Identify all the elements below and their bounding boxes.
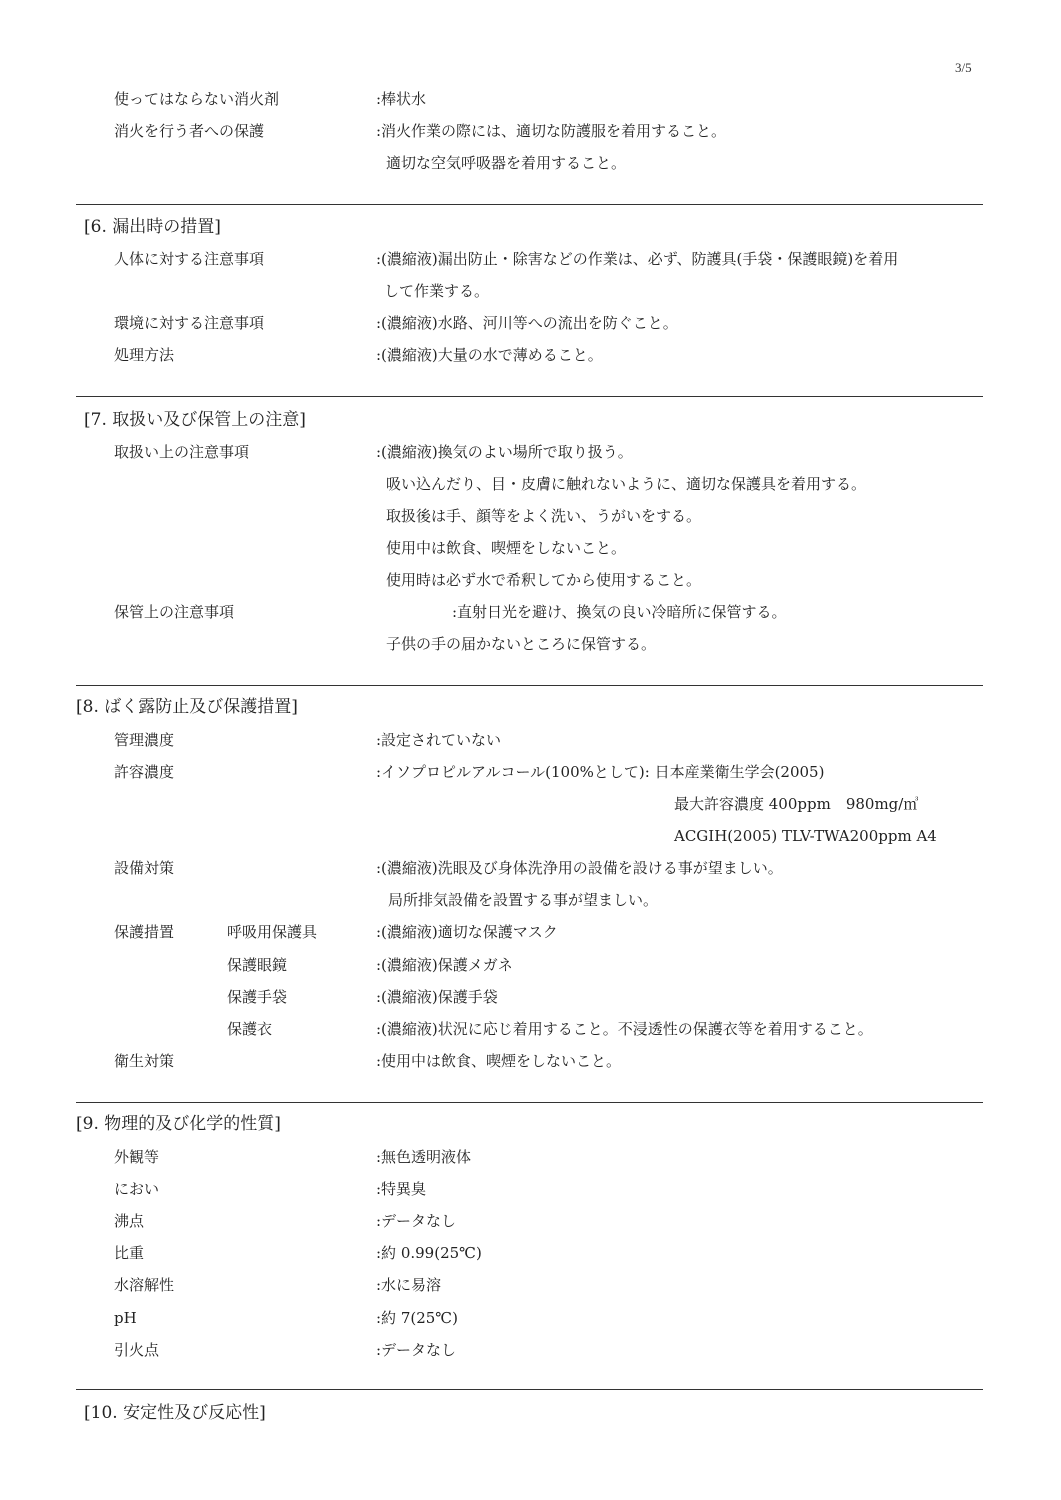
value-handling-precautions: :(濃縮液)換気のよい場所で取り扱う。: [376, 442, 633, 462]
section-6-title: [6. 漏出時の措置]: [84, 217, 221, 237]
label-water-solubility: 水溶解性: [114, 1275, 174, 1295]
value-hand-protection: :(濃縮液)保護手袋: [376, 987, 498, 1007]
section-8-title: [8. ばく露防止及び保護措置]: [76, 697, 298, 717]
section-divider: [76, 204, 983, 205]
value-boiling-point: :データなし: [376, 1211, 456, 1231]
label-prohibited-extinguisher: 使ってはならない消火剤: [114, 89, 279, 109]
label-ph: pH: [114, 1308, 137, 1328]
value-eye-protection: :(濃縮液)保護メガネ: [376, 955, 513, 975]
label-appearance: 外観等: [114, 1147, 159, 1167]
value-handling-cont-3: 使用中は飲食、喫煙をしないこと。: [386, 538, 626, 558]
value-appearance: :無色透明液体: [376, 1147, 471, 1167]
value-control-concentration: :設定されていない: [376, 730, 501, 750]
label-odor: におい: [114, 1179, 159, 1199]
value-storage-cont: 子供の手の届かないところに保管する。: [386, 634, 656, 654]
label-storage-precautions: 保管上の注意事項: [114, 602, 234, 622]
label-hygiene-measures: 衛生対策: [114, 1051, 174, 1071]
section-9-title: [9. 物理的及び化学的性質]: [76, 1114, 281, 1134]
label-specific-gravity: 比重: [114, 1243, 144, 1263]
value-handling-cont-2: 取扱後は手、顔等をよく洗い、うがいをする。: [386, 506, 701, 526]
label-control-concentration: 管理濃度: [114, 730, 174, 750]
value-handling-cont-4: 使用時は必ず水で希釈してから使用すること。: [386, 570, 701, 590]
value-body-protection: :(濃縮液)状況に応じ着用すること。不浸透性の保護衣等を着用すること。: [376, 1019, 873, 1039]
label-human-precautions: 人体に対する注意事項: [114, 249, 264, 269]
value-water-solubility: :水に易溶: [376, 1275, 441, 1295]
value-permissible-concentration: :イソプロピルアルコール(100%として): 日本産業衛生学会(2005): [376, 762, 824, 782]
section-7-title: [7. 取扱い及び保管上の注意]: [84, 410, 306, 430]
value-specific-gravity: :約 0.99(25℃): [376, 1243, 482, 1263]
sublabel-eye-protection: 保護眼鏡: [227, 955, 287, 975]
label-protective-measures: 保護措置: [114, 922, 174, 942]
label-engineering-controls: 設備対策: [114, 858, 174, 878]
value-hygiene-measures: :使用中は飲食、喫煙をしないこと。: [376, 1051, 621, 1071]
value-engineering-controls: :(濃縮液)洗眼及び身体洗浄用の設備を設ける事が望ましい。: [376, 858, 783, 878]
value-prohibited-extinguisher: :棒状水: [376, 89, 426, 109]
label-environmental-precautions: 環境に対する注意事項: [114, 313, 264, 333]
label-disposal-method: 処理方法: [114, 345, 174, 365]
label-boiling-point: 沸点: [114, 1211, 144, 1231]
section-10-title: [10. 安定性及び反応性]: [84, 1403, 266, 1423]
value-storage-precautions: :直射日光を避け、換気の良い冷暗所に保管する。: [452, 602, 786, 622]
section-divider: [76, 685, 983, 686]
value-permissible-cont-2: ACGIH(2005) TLV-TWA200ppm A4: [674, 826, 937, 846]
section-divider: [76, 396, 983, 397]
label-permissible-concentration: 許容濃度: [114, 762, 174, 782]
sublabel-respiratory-protection: 呼吸用保護具: [227, 922, 317, 942]
value-odor: :特異臭: [376, 1179, 426, 1199]
value-engineering-controls-cont: 局所排気設備を設置する事が望ましい。: [388, 890, 658, 910]
value-firefighter-protection: :消火作業の際には、適切な防護服を着用すること。: [376, 121, 726, 141]
value-human-precautions-cont: して作業する。: [384, 281, 489, 301]
value-human-precautions: :(濃縮液)漏出防止・除害などの作業は、必ず、防護具(手袋・保護眼鏡)を着用: [376, 249, 898, 269]
value-handling-cont-1: 吸い込んだり、目・皮膚に触れないように、適切な保護具を着用する。: [386, 474, 866, 494]
value-disposal-method: :(濃縮液)大量の水で薄めること。: [376, 345, 603, 365]
section-divider: [76, 1389, 983, 1390]
label-firefighter-protection: 消火を行う者への保護: [114, 121, 264, 141]
value-firefighter-protection-cont: 適切な空気呼吸器を着用すること。: [386, 153, 626, 173]
label-flash-point: 引火点: [114, 1340, 159, 1360]
value-respiratory-protection: :(濃縮液)適切な保護マスク: [376, 922, 558, 942]
value-permissible-cont-1: 最大許容濃度 400ppm 980mg/㎥: [674, 794, 918, 814]
sublabel-body-protection: 保護衣: [227, 1019, 272, 1039]
value-ph: :約 7(25℃): [376, 1308, 458, 1328]
value-environmental-precautions: :(濃縮液)水路、河川等への流出を防ぐこと。: [376, 313, 678, 333]
label-handling-precautions: 取扱い上の注意事項: [114, 442, 249, 462]
section-divider: [76, 1102, 983, 1103]
sublabel-hand-protection: 保護手袋: [227, 987, 287, 1007]
value-flash-point: :データなし: [376, 1340, 456, 1360]
page-number: 3/5: [955, 58, 972, 78]
